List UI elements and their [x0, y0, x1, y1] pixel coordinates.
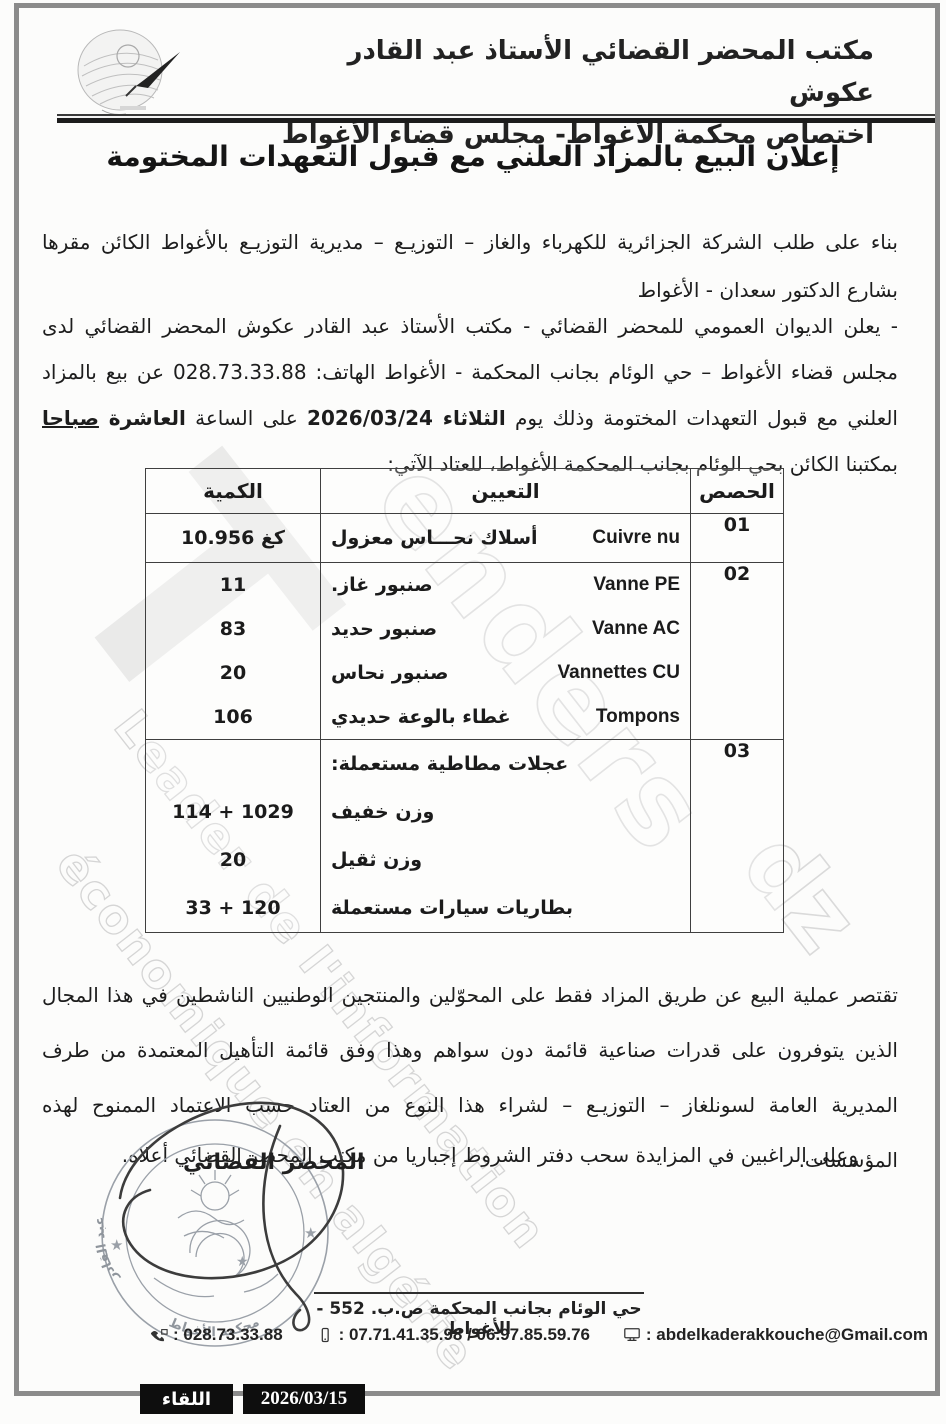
- quantity-cell: 10.956 كغ: [146, 514, 321, 563]
- designation-ar: صنبور غاز.: [331, 574, 433, 596]
- quantity-value: 11: [146, 563, 320, 607]
- lot-number: 02: [691, 563, 784, 740]
- office-header: مكتب المحضر القضائي الأستاذ عبد القادر ع…: [254, 30, 874, 156]
- auction-morning: صباحا: [42, 406, 99, 430]
- quantity-cell: 11 83 20 106: [146, 563, 321, 740]
- designation-line: عجلات مطاطية مستعملة:: [321, 740, 690, 788]
- designation-ar: صنبور حديد: [331, 618, 437, 640]
- quantity-value: 20: [146, 836, 320, 884]
- designation-ar: غطاء بالوعة حديدي: [331, 706, 511, 728]
- quantity-value: 20: [146, 651, 320, 695]
- designation-fr: Cuivre nu: [592, 527, 680, 549]
- designation-line: بطاريات سيارات مستعملة: [321, 884, 690, 932]
- mobile-numbers: : 07.71.41.35.98 / 06.97.85.59.76: [339, 1325, 590, 1345]
- table-row-lot-01: 01 Cuivre nuأسلاك نحـــاس معزول 10.956 ك…: [146, 514, 784, 563]
- designation-ar: بطاريات سيارات مستعملة: [331, 897, 573, 919]
- designation-ar: عجلات مطاطية مستعملة:: [331, 753, 568, 775]
- lot-number: 01: [691, 514, 784, 563]
- email-icon: [623, 1327, 641, 1343]
- column-header-designation: التعيين: [321, 469, 691, 514]
- quantity-value: 114 + 1029: [146, 788, 320, 836]
- mobile-item: : 07.71.41.35.98 / 06.97.85.59.76: [316, 1325, 590, 1345]
- lots-table: الحصص التعيين الكمية 01 Cuivre nuأسلاك ن…: [145, 468, 784, 933]
- phone-fax-icon: [150, 1327, 168, 1343]
- header-divider-rule: [57, 114, 935, 123]
- quantity-value: 33 + 120: [146, 884, 320, 932]
- email-address: : abdelkaderakkouche@Gmail.com: [646, 1325, 928, 1345]
- designation-fr: Vanne PE: [593, 574, 680, 596]
- designation-cell: Cuivre nuأسلاك نحـــاس معزول: [321, 514, 691, 563]
- column-header-lot: الحصص: [691, 469, 784, 514]
- quantity-value: 106: [146, 695, 320, 739]
- quantity-value: [146, 740, 320, 788]
- quantity-cell: 114 + 1029 20 33 + 120: [146, 740, 321, 933]
- quantity-value: 10.956 كغ: [146, 514, 320, 562]
- table-row-lot-02: 02 Vanne PEصنبور غاز. Vanne ACصنبور حديد…: [146, 563, 784, 740]
- bottom-bar-date: 2026/03/15: [243, 1384, 365, 1414]
- svg-text:★: ★: [236, 1254, 249, 1270]
- designation-ar: صنبور نحاس: [331, 662, 449, 684]
- designation-fr: Vanne AC: [592, 618, 680, 640]
- bottom-bar-label: اللقاء: [140, 1384, 233, 1414]
- svg-text:★: ★: [110, 1236, 123, 1254]
- designation-ar: وزن ثقيل: [331, 849, 422, 871]
- announcement-paragraph: - يعلن الديوان العمومي للمحضر القضائي - …: [42, 303, 898, 487]
- office-header-line1: مكتب المحضر القضائي الأستاذ عبد القادر ع…: [254, 30, 874, 114]
- quantity-value: 83: [146, 607, 320, 651]
- phone-fax-item: : 028.73.33.88: [150, 1325, 283, 1345]
- intro-paragraph: بناء على طلب الشركة الجزائرية للكهرباء و…: [42, 218, 898, 314]
- signature-title-label: المحضر القضائي: [183, 1150, 365, 1175]
- bailiff-office-logo: [62, 26, 190, 124]
- lot-number: 03: [691, 740, 784, 933]
- table-row-lot-03: 03 عجلات مطاطية مستعملة: وزن خفيف وزن ثق…: [146, 740, 784, 933]
- designation-line: Cuivre nuأسلاك نحـــاس معزول: [321, 514, 690, 562]
- contact-row: : 028.73.33.88 : 07.71.41.35.98 / 06.97.…: [150, 1322, 928, 1348]
- designation-ar: أسلاك نحـــاس معزول: [331, 527, 538, 549]
- auction-hour: العاشرة: [99, 406, 186, 430]
- auction-date: الثلاثاء 2026/03/24: [307, 406, 506, 430]
- designation-fr: Vannettes CU: [558, 662, 680, 684]
- designation-cell: Vanne PEصنبور غاز. Vanne ACصنبور حديد Va…: [321, 563, 691, 740]
- designation-line: وزن ثقيل: [321, 836, 690, 884]
- designation-line: وزن خفيف: [321, 788, 690, 836]
- email-item: : abdelkaderakkouche@Gmail.com: [623, 1325, 928, 1345]
- announcement-mid: على الساعة: [186, 406, 307, 430]
- designation-ar: وزن خفيف: [331, 801, 434, 823]
- table-header-row: الحصص التعيين الكمية: [146, 469, 784, 514]
- designation-line: Tomponsغطاء بالوعة حديدي: [321, 695, 690, 739]
- notice-title: إعلان البيع بالمزاد العلني مع قبول التعه…: [0, 140, 946, 173]
- designation-fr: Tompons: [596, 706, 680, 728]
- designation-line: Vanne ACصنبور حديد: [321, 607, 690, 651]
- designation-cell: عجلات مطاطية مستعملة: وزن خفيف وزن ثقيل …: [321, 740, 691, 933]
- mobile-phone-icon: [316, 1327, 334, 1343]
- designation-line: Vannettes CUصنبور نحاس: [321, 651, 690, 695]
- column-header-quantity: الكمية: [146, 469, 321, 514]
- designation-line: Vanne PEصنبور غاز.: [321, 563, 690, 607]
- phone-fax-number: : 028.73.33.88: [173, 1325, 283, 1345]
- scanned-auction-notice: T enders dz Leader de l'information écon…: [0, 0, 946, 1424]
